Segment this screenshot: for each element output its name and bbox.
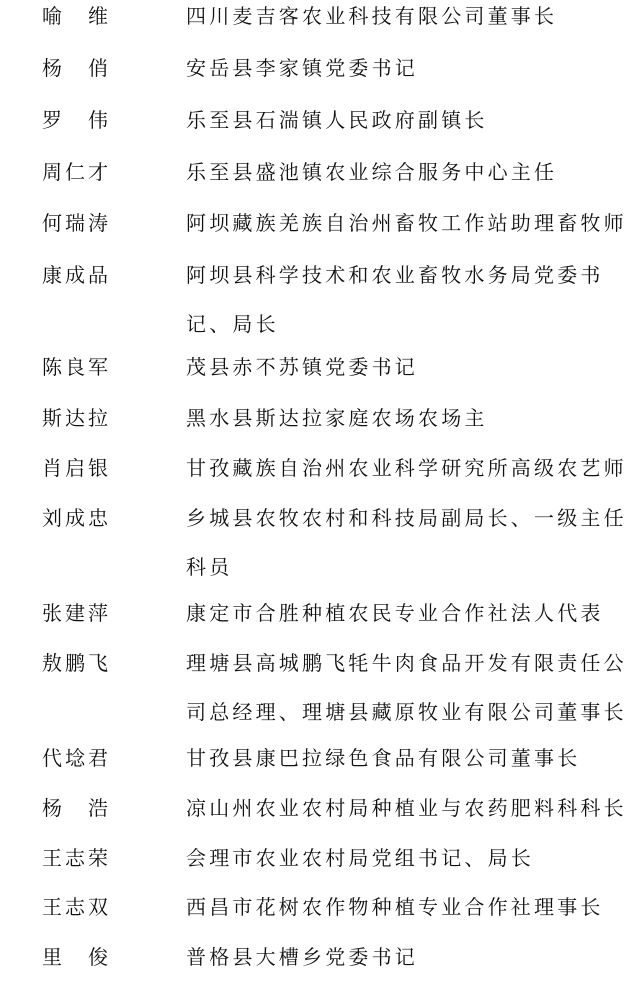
person-title: 甘孜藏族自治州农业科学研究所高级农艺师 — [186, 452, 636, 501]
person-title: 四川麦吉客农业科技有限公司董事长 — [186, 0, 636, 49]
person-name: 里 俊 — [42, 941, 172, 973]
title-line: 阿坝县科学技术和农业畜牧水务局党委书 — [186, 259, 636, 308]
person-name: 王志荣 — [42, 842, 172, 874]
person-name: 杨 俏 — [42, 52, 172, 84]
title-line: 康定市合胜种植农民专业合作社法人代表 — [186, 597, 636, 646]
person-name: 康成品 — [42, 259, 172, 291]
title-line: 阿坝藏族羌族自治州畜牧工作站助理畜牧师 — [186, 207, 636, 256]
person-name: 张建萍 — [42, 597, 172, 629]
title-line: 甘孜藏族自治州农业科学研究所高级农艺师 — [186, 452, 636, 501]
title-line: 理塘县高城鹏飞牦牛肉食品开发有限责任公 — [186, 647, 636, 696]
person-title: 普格县大槽乡党委书记 — [186, 941, 636, 989]
title-line: 会理市农业农村局党组书记、局长 — [186, 842, 636, 891]
title-line: 司总经理、理塘县藏原牧业有限公司董事长 — [186, 696, 636, 745]
title-line: 凉山州农业农村局种植业与农药肥料科科长 — [186, 792, 636, 841]
person-name: 王志双 — [42, 891, 172, 923]
person-name: 周仁才 — [42, 156, 172, 188]
person-name: 杨 浩 — [42, 792, 172, 824]
title-line: 四川麦吉客农业科技有限公司董事长 — [186, 0, 636, 49]
person-title: 甘孜县康巴拉绿色食品有限公司董事长 — [186, 742, 636, 791]
person-title: 康定市合胜种植农民专业合作社法人代表 — [186, 597, 636, 646]
person-title: 会理市农业农村局党组书记、局长 — [186, 842, 636, 891]
person-title: 阿坝县科学技术和农业畜牧水务局党委书记、局长 — [186, 259, 636, 357]
person-name: 喻 维 — [42, 0, 172, 32]
title-line: 普格县大槽乡党委书记 — [186, 941, 636, 989]
person-name: 何瑞涛 — [42, 207, 172, 239]
title-line: 茂县赤不苏镇党委书记 — [186, 351, 636, 400]
title-line: 黑水县斯达拉家庭农场农场主 — [186, 402, 636, 451]
title-line: 记、局长 — [186, 308, 636, 357]
person-name: 罗 伟 — [42, 104, 172, 136]
person-title: 西昌市花树农作物种植专业合作社理事长 — [186, 891, 636, 940]
person-name: 刘成忠 — [42, 502, 172, 534]
person-title: 乐至县石湍镇人民政府副镇长 — [186, 104, 636, 153]
person-title: 乐至县盛池镇农业综合服务中心主任 — [186, 156, 636, 205]
person-name: 斯达拉 — [42, 402, 172, 434]
title-line: 乐至县石湍镇人民政府副镇长 — [186, 104, 636, 153]
person-name: 敖鹏飞 — [42, 647, 172, 679]
person-title: 凉山州农业农村局种植业与农药肥料科科长 — [186, 792, 636, 841]
title-line: 科员 — [186, 551, 636, 600]
title-line: 乐至县盛池镇农业综合服务中心主任 — [186, 156, 636, 205]
person-title: 理塘县高城鹏飞牦牛肉食品开发有限责任公司总经理、理塘县藏原牧业有限公司董事长 — [186, 647, 636, 745]
person-title: 阿坝藏族羌族自治州畜牧工作站助理畜牧师 — [186, 207, 636, 256]
person-name: 代埝君 — [42, 742, 172, 774]
title-line: 安岳县李家镇党委书记 — [186, 52, 636, 101]
person-title: 黑水县斯达拉家庭农场农场主 — [186, 402, 636, 451]
title-line: 甘孜县康巴拉绿色食品有限公司董事长 — [186, 742, 636, 791]
person-name: 陈良军 — [42, 351, 172, 383]
title-line: 西昌市花树农作物种植专业合作社理事长 — [186, 891, 636, 940]
person-title: 乡城县农牧农村和科技局副局长、一级主任科员 — [186, 502, 636, 600]
title-line: 乡城县农牧农村和科技局副局长、一级主任 — [186, 502, 636, 551]
person-name: 肖启银 — [42, 452, 172, 484]
person-title: 安岳县李家镇党委书记 — [186, 52, 636, 101]
person-title: 茂县赤不苏镇党委书记 — [186, 351, 636, 400]
